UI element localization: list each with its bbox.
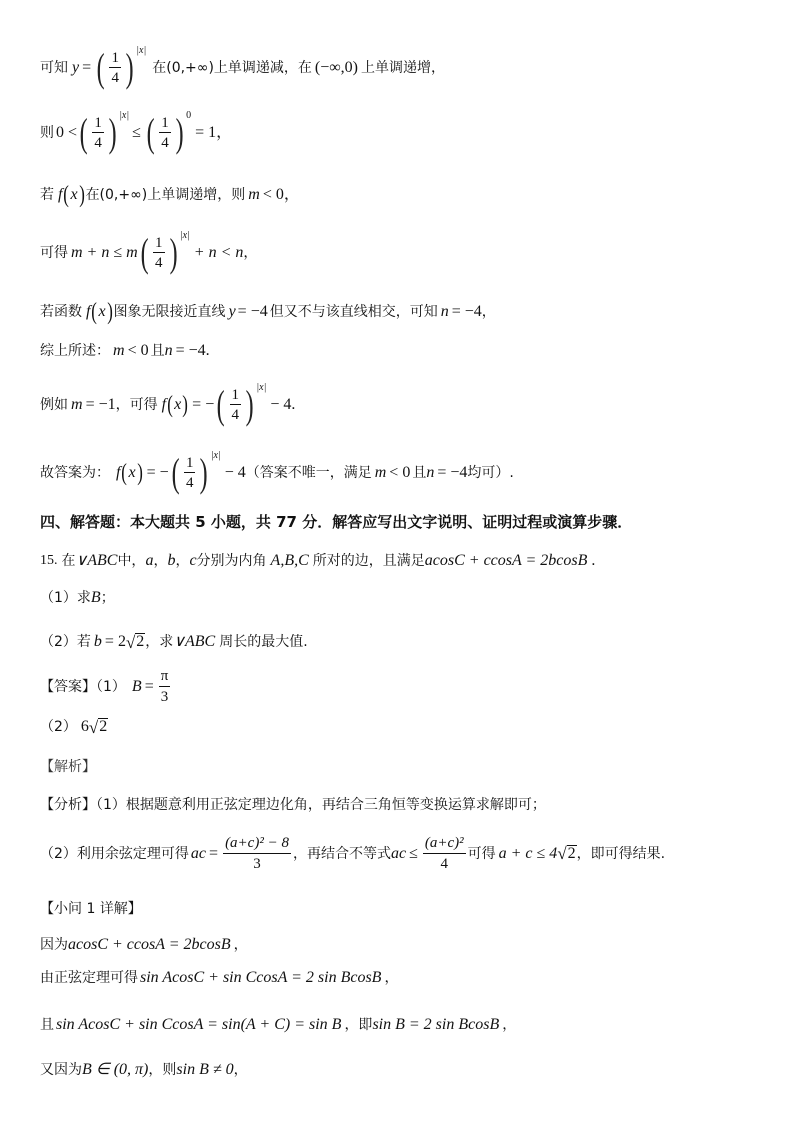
math-expr: a + c ≤ 4 (499, 846, 558, 862)
math-func-f: f (162, 397, 166, 413)
math-exponent: |x| (256, 383, 266, 393)
text-segment: ，求 (145, 635, 173, 649)
math-var-c: c (189, 553, 196, 569)
text-segment: 均可）. (467, 466, 513, 480)
math-var-b: b (94, 634, 102, 650)
text-segment: （答案不唯一，满足 (246, 466, 372, 480)
math-op: = (82, 60, 91, 76)
math-var-x: x (70, 187, 77, 203)
text-segment: ，即 (344, 1018, 372, 1032)
text-segment: ， (243, 246, 257, 260)
text-segment: 故答案为： (40, 466, 110, 480)
math-expr: sin AcosC + sin CcosA = sin(A + C) = sin… (56, 1017, 341, 1033)
text-segment: 上单调递增， (361, 61, 445, 75)
math-var-x: x (128, 465, 135, 481)
math-op: = (145, 679, 154, 695)
math-expr: sin B = 2 sin BcosB (372, 1017, 499, 1033)
text-segment: . (591, 553, 595, 569)
math-power: ( 14 ) |x| (169, 453, 221, 493)
text-segment: ， (482, 305, 496, 319)
text-segment: ，再结合不等式 (293, 847, 391, 861)
analysis-line-2: （2）利用余弦定理可得 ac = (a+c)² − 83 ，再结合不等式 ac … (40, 835, 665, 872)
math-condition: acosC + ccosA = 2bcosB (425, 553, 588, 569)
math-fraction: 14 (153, 235, 165, 272)
text-line-monotonic-y: 可知 y = ( 14 ) |x| 在(0,+∞)上单调递减，在 (−∞,0) … (40, 48, 445, 88)
text-segment: ， (384, 971, 398, 985)
math-power: ( 14 ) |x| (138, 233, 190, 273)
math-op: ≤ (132, 125, 141, 141)
math-expr: ac (191, 846, 206, 862)
answer-tag: 【答案】（1） (40, 680, 126, 694)
text-line-derive: 可得 m + n ≤ m ( 14 ) |x| + n < n ， (40, 233, 257, 273)
math-expr: < 0 (389, 465, 410, 481)
analysis-tag: 【解析】 (40, 760, 96, 774)
text-segment: 可知 (40, 61, 68, 75)
text-segment: 例如 (40, 398, 68, 412)
math-power: ( 14 ) |x| (77, 113, 129, 153)
math-exponent: |x| (136, 46, 146, 56)
math-op: = (209, 846, 218, 862)
math-power: ( 14 ) |x| (214, 385, 266, 425)
math-expr: = −4 (437, 465, 467, 481)
text-segment: 所对的边，且满足 (313, 554, 425, 568)
analysis-text: 【分析】（1）根据题意利用正弦定理边化角，再结合三角恒等变换运算求解即可； (40, 798, 546, 812)
text-segment: 且 (412, 466, 426, 480)
math-expr: = −1 (86, 397, 116, 413)
math-angles: A,B,C (271, 553, 309, 569)
detail-line-4: 又因为 B ∈ (0, π) ，则 sin B ≠ 0 ， (40, 1062, 248, 1078)
math-expr: sin B ≠ 0 (176, 1062, 233, 1078)
math-expr: sin AcosC + sin CcosA = 2 sin BcosB (140, 970, 381, 986)
math-fraction: (a+c)²4 (423, 835, 466, 872)
problem-part-1: （1）求 B ； (40, 590, 115, 606)
text-segment: 由正弦定理可得 (40, 971, 138, 985)
detail-line-1: 因为 acosC + ccosA = 2bcosB ， (40, 937, 248, 953)
text-segment: 综上所述： (40, 344, 110, 358)
math-var-m: m (375, 465, 387, 481)
math-var-m: m (113, 343, 125, 359)
math-fraction: (a+c)² − 83 (223, 835, 291, 872)
math-exponent: |x| (119, 111, 129, 121)
section-heading-text: 四、解答题：本大题共 5 小题，共 77 分．解答应写出文字说明、证明过程或演算… (40, 515, 632, 530)
math-expr: 0 < (56, 125, 77, 141)
text-segment: . (206, 343, 210, 359)
text-segment: ，即可得结果. (577, 847, 665, 861)
math-var-B: B (91, 590, 101, 606)
math-var-x: x (174, 397, 181, 413)
math-expr: = 1， (195, 125, 232, 141)
text-line-example: 例如 m = −1 ，可得 f (x) = − ( 14 ) |x| − 4 . (40, 385, 295, 425)
math-var-m: m (71, 397, 83, 413)
math-exponent: |x| (180, 231, 190, 241)
math-var-n: n (165, 343, 173, 359)
math-fraction: 14 (184, 455, 196, 492)
text-segment: 在(0,+∞)上单调递减，在 (152, 61, 312, 75)
subquestion-1-tag: 【小问 1 详解】 (40, 902, 142, 916)
text-segment: 若 (40, 188, 54, 202)
text-segment: 但又不与该直线相交，可知 (270, 305, 438, 319)
problem-number: 15. (40, 554, 58, 568)
problem-part-2: （2）若 b = 2 √2 ，求 ∨ABC 周长的最大值. (40, 633, 308, 651)
text-segment: ，可得 (116, 398, 158, 412)
answer-part-2: （2） 6 √2 (40, 718, 108, 736)
text-segment: ，则 (148, 1063, 176, 1077)
text-segment: 图象无限接近直线 (114, 305, 226, 319)
math-interval: (−∞,0) (315, 60, 358, 76)
text-segment: 且 (151, 344, 165, 358)
section-heading: 四、解答题：本大题共 5 小题，共 77 分．解答应写出文字说明、证明过程或演算… (40, 515, 632, 530)
text-segment: 分别为内角 (197, 554, 267, 568)
math-var-n: n (441, 304, 449, 320)
math-sqrt: √2 (126, 633, 145, 651)
math-var-y: y (72, 60, 79, 76)
text-segment: 若函数 (40, 305, 82, 319)
math-exponent: |x| (211, 451, 221, 461)
math-fraction: 14 (230, 387, 242, 424)
text-segment: 且 (40, 1018, 54, 1032)
subquestion-tag-text: 【小问 1 详解】 (40, 902, 142, 916)
text-segment: （2）若 (40, 635, 91, 649)
math-var-b: b (167, 553, 175, 569)
math-var-n: n (426, 465, 434, 481)
detail-line-3: 且 sin AcosC + sin CcosA = sin(A + C) = s… (40, 1017, 516, 1033)
math-power: ( 14 ) 0 (144, 113, 191, 153)
text-segment: 因为 (40, 938, 68, 952)
math-expr: < 0 (128, 343, 149, 359)
math-expr: B ∈ (0, π) (82, 1062, 148, 1078)
text-segment: ， (175, 554, 189, 568)
text-segment: （2） (40, 720, 77, 734)
math-expr: = −4 (176, 343, 206, 359)
text-segment: ， (153, 554, 167, 568)
text-segment: ， (502, 1018, 516, 1032)
math-expr: m + n ≤ m (71, 245, 138, 261)
math-fraction: 14 (92, 115, 104, 152)
math-expr: < 0， (263, 187, 300, 203)
math-fraction: 14 (159, 115, 171, 152)
math-op: = − (192, 397, 214, 413)
math-expr: ac (391, 846, 406, 862)
analysis-line-1: 【分析】（1）根据题意利用正弦定理边化角，再结合三角恒等变换运算求解即可； (40, 798, 546, 812)
math-var-y: y (229, 304, 236, 320)
math-triangle: ∨ABC (76, 553, 118, 569)
math-func-f: f (58, 187, 62, 203)
text-segment: 在 (62, 554, 76, 568)
math-sqrt: √2 (89, 718, 108, 736)
analysis-tag-text: 【解析】 (40, 760, 96, 774)
math-expr: + n < n (194, 245, 244, 261)
text-segment: 在(0,+∞)上单调递增，则 (86, 188, 246, 202)
text-segment: 又因为 (40, 1063, 82, 1077)
math-var-a: a (145, 553, 153, 569)
text-line-bound: 则 0 < ( 14 ) |x| ≤ ( 14 ) 0 = 1， (40, 113, 232, 153)
text-line-final-answer: 故答案为： f (x) = − ( 14 ) |x| − 4 （答案不唯一，满足… (40, 453, 514, 493)
math-expr: = 2 (105, 634, 126, 650)
text-segment: . (291, 397, 295, 413)
math-expr: − 4 (225, 465, 246, 481)
math-var-x: x (98, 304, 105, 320)
text-segment: （1）求 (40, 591, 91, 605)
text-segment: ； (101, 591, 115, 605)
math-power: ( 14 ) |x| (94, 48, 146, 88)
text-line-summary: 综上所述： m < 0 且 n = −4 . (40, 343, 210, 359)
detail-line-2: 由正弦定理可得 sin AcosC + sin CcosA = 2 sin Bc… (40, 970, 398, 986)
math-expr: = −4 (452, 304, 482, 320)
problem-15-statement: 15. 在 ∨ABC 中， a ， b ， c 分别为内角 A,B,C 所对的边… (40, 553, 595, 569)
text-segment: 周长的最大值. (219, 635, 307, 649)
text-segment: ， (234, 1063, 248, 1077)
math-var-m: m (248, 187, 260, 203)
math-func-f: f (86, 304, 90, 320)
text-segment: 可得 (468, 847, 496, 861)
text-segment: （2）利用余弦定理可得 (40, 847, 189, 861)
math-fraction: 14 (109, 50, 121, 87)
math-expr: − 4 (270, 397, 291, 413)
text-line-asymptote: 若函数 f (x) 图象无限接近直线 y = −4 但又不与该直线相交，可知 n… (40, 300, 496, 324)
text-line-increasing: 若 f (x) 在(0,+∞)上单调递增，则 m < 0， (40, 183, 300, 207)
text-segment: 中， (117, 554, 145, 568)
math-sqrt: √2 (557, 845, 576, 863)
answer-part-1: 【答案】（1） B = π3 (40, 668, 172, 705)
text-segment: 则 (40, 126, 54, 140)
math-var-B: B (132, 679, 142, 695)
math-op: ≤ (409, 846, 418, 862)
math-triangle: ∨ABC (173, 634, 215, 650)
math-expr: = −4 (238, 304, 268, 320)
math-expr: acosC + ccosA = 2bcosB (68, 937, 231, 953)
math-fraction-pi-3: π3 (159, 668, 171, 705)
math-func-f: f (116, 465, 120, 481)
text-segment: ， (234, 938, 248, 952)
math-op: = − (147, 465, 169, 481)
math-coef: 6 (81, 719, 89, 735)
text-segment: 可得 (40, 246, 68, 260)
math-exponent: 0 (186, 111, 191, 121)
